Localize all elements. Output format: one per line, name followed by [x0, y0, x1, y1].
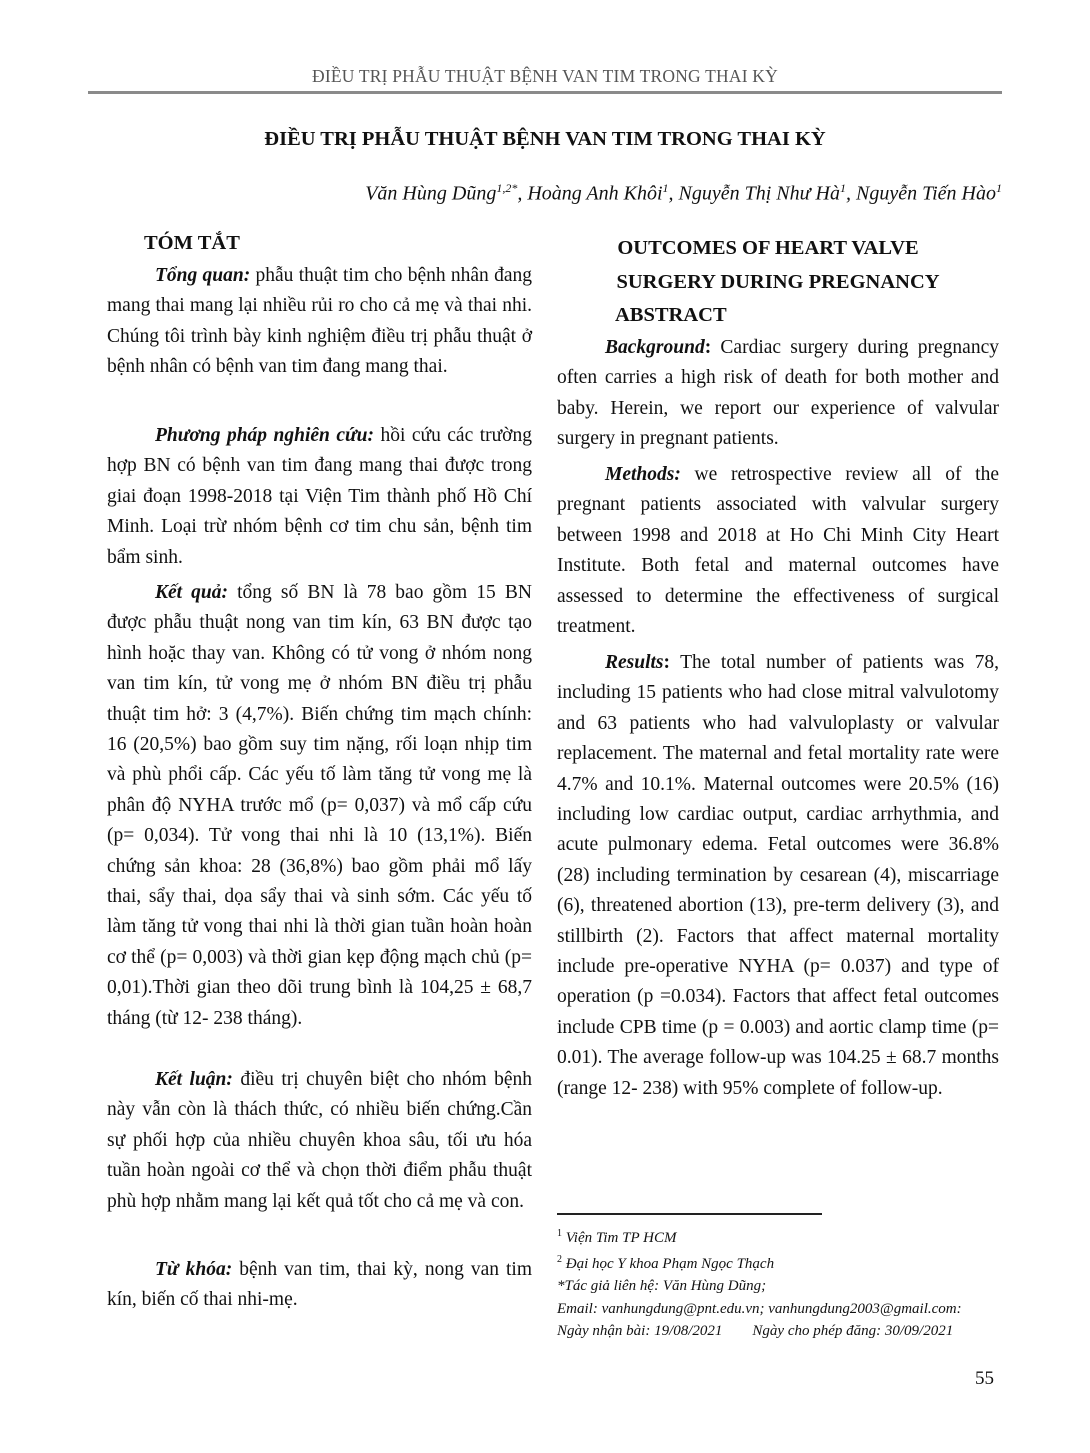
vi-abstract-heading: TÓM TẮT: [144, 228, 240, 258]
en-section-results: Results: The total number of patients wa…: [557, 648, 999, 1104]
footnote-separator: [557, 1213, 822, 1215]
english-title: OUTCOMES OF HEART VALVE SURGERY DURING P…: [557, 231, 999, 299]
author-affiliation: 1: [840, 181, 846, 195]
section-label: Kết quả:: [155, 582, 228, 603]
footnotes: 1 Viện Tim TP HCM 2 Đại học Y khoa Phạm …: [557, 1223, 1007, 1342]
en-abstract-heading: ABSTRACT: [615, 300, 727, 330]
english-title-line: SURGERY DURING PREGNANCY: [557, 265, 999, 299]
english-title-line: OUTCOMES OF HEART VALVE: [557, 231, 999, 265]
author-affiliation: 1: [996, 181, 1002, 195]
author-name: Văn Hùng Dũng: [365, 183, 496, 205]
footnote-text: *Tác giả liên hệ: Văn Hùng Dũng;: [557, 1278, 766, 1294]
page-number: 55: [975, 1368, 994, 1390]
section-label: Background: [605, 337, 705, 358]
section-text: we retrospective review all of the pregn…: [557, 464, 999, 637]
vi-section-results: Kết quả: tổng số BN là 78 bao gồm 15 BN …: [107, 578, 532, 1034]
section-text: The total number of patients was 78, inc…: [557, 652, 999, 1099]
footnote-email: Email: vanhungdung@pnt.edu.vn; vanhungdu…: [557, 1298, 1007, 1320]
author-affiliation: 1: [663, 181, 669, 195]
vi-section-methods: Phương pháp nghiên cứu: hồi cứu các trườ…: [107, 421, 532, 573]
footnote-text: Viện Tim TP HCM: [562, 1230, 676, 1246]
vi-section-conclusion: Kết luận: điều trị chuyên biệt cho nhóm …: [107, 1065, 532, 1217]
footnote-text: Đại học Y khoa Phạm Ngọc Thạch: [562, 1256, 774, 1272]
author-name: Nguyễn Thị Như Hà: [679, 183, 840, 205]
footnote-text: Email: vanhungdung@pnt.edu.vn; vanhungdu…: [557, 1301, 962, 1317]
footnote-corresponding-author: *Tác giả liên hệ: Văn Hùng Dũng;: [557, 1275, 1007, 1297]
section-text: hồi cứu các trường hợp BN có bệnh van ti…: [107, 425, 532, 568]
author-name: Hoàng Anh Khôi: [527, 183, 662, 205]
footnote-affiliation-2: 2 Đại học Y khoa Phạm Ngọc Thạch: [557, 1249, 1007, 1275]
author-list: Văn Hùng Dũng1,2*, Hoàng Anh Khôi1, Nguy…: [365, 181, 1002, 206]
footnote-dates: Ngày nhận bài: 19/08/2021 Ngày cho phép …: [557, 1320, 1007, 1342]
vi-section-overview: Tổng quan: phẫu thuật tim cho bệnh nhân …: [107, 261, 532, 383]
vi-section-keywords: Từ khóa: bệnh van tim, thai kỳ, nong van…: [107, 1255, 532, 1316]
article-title: ĐIỀU TRỊ PHẪU THUẬT BỆNH VAN TIM TRONG T…: [88, 128, 1002, 151]
section-label: Methods:: [605, 464, 681, 485]
running-head: ĐIỀU TRỊ PHẪU THUẬT BỆNH VAN TIM TRONG T…: [88, 66, 1002, 87]
section-label: Results: [605, 652, 664, 673]
footnote-text: Ngày nhận bài: 19/08/2021 Ngày cho phép …: [557, 1323, 953, 1339]
en-section-background: Background: Cardiac surgery during pregn…: [557, 333, 999, 455]
author-affiliation: 1,2*: [496, 181, 517, 195]
section-label: Phương pháp nghiên cứu:: [155, 425, 374, 446]
section-label: Kết luận:: [155, 1069, 233, 1090]
section-label: Tổng quan:: [155, 265, 250, 286]
en-section-methods: Methods: we retrospective review all of …: [557, 460, 999, 642]
footnote-affiliation-1: 1 Viện Tim TP HCM: [557, 1223, 1007, 1249]
header-rule: [88, 91, 1002, 94]
section-text: tổng số BN là 78 bao gồm 15 BN được phẫu…: [107, 582, 532, 1029]
author-name: Nguyễn Tiến Hào: [856, 183, 996, 205]
section-label: Từ khóa:: [155, 1259, 232, 1280]
section-text: điều trị chuyên biệt cho nhóm bệnh này v…: [107, 1069, 532, 1212]
